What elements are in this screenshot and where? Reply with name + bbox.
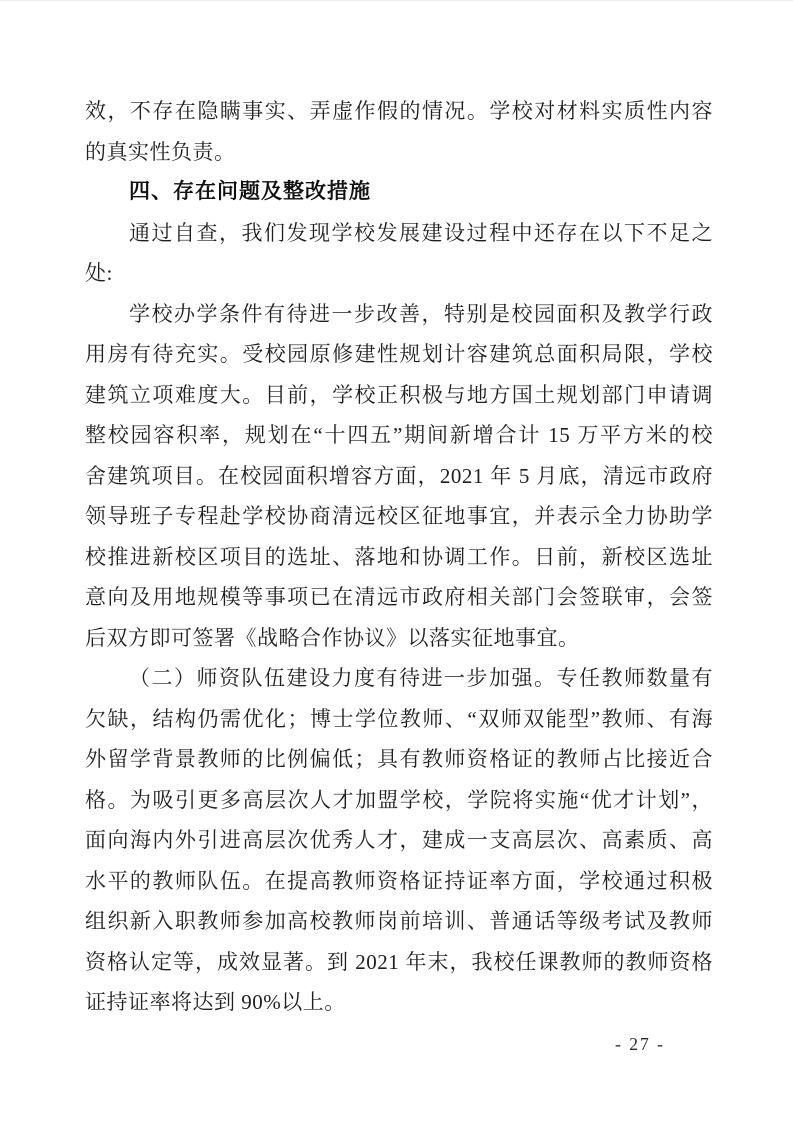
text-line: 学校办学条件有待进一步改善，特别是校园面积及教学行政 <box>85 294 713 335</box>
text-line: 资格认定等，成效显著。到 2021 年末，我校任课教师的教师资格 <box>85 942 713 983</box>
text-line: 处: <box>85 253 713 294</box>
text-line: 格。为吸引更多高层次人才加盟学校，学院将实施“优才计划”， <box>85 780 713 821</box>
text-line: 意向及用地规模等事项已在清远市政府相关部门会签联审，会签 <box>85 577 713 618</box>
text-line: 的真实性负责。 <box>85 132 713 173</box>
document-page: 效，不存在隐瞒事实、弄虚作假的情况。学校对材料实质性内容的真实性负责。四、存在问… <box>0 0 793 1123</box>
section-heading: 四、存在问题及整改措施 <box>85 172 713 213</box>
text-line: 面向海内外引进高层次优秀人才，建成一支高层次、高素质、高 <box>85 820 713 861</box>
text-line: 校推进新校区项目的选址、落地和协调工作。日前，新校区选址 <box>85 537 713 578</box>
page-number: - 27 - <box>592 1031 688 1057</box>
document-lines: 效，不存在隐瞒事实、弄虚作假的情况。学校对材料实质性内容的真实性负责。四、存在问… <box>85 91 713 1023</box>
text-line: 证持证率将达到 90%以上。 <box>85 982 713 1023</box>
text-line: 用房有待充实。受校园原修建性规划计容建筑总面积局限，学校 <box>85 334 713 375</box>
text-line: 通过自查，我们发现学校发展建设过程中还存在以下不足之 <box>85 213 713 254</box>
text-line: 外留学背景教师的比例偏低；具有教师资格证的教师占比接近合 <box>85 739 713 780</box>
text-line: 建筑立项难度大。目前，学校正积极与地方国土规划部门申请调 <box>85 375 713 416</box>
text-line: 水平的教师队伍。在提高教师资格证持证率方面，学校通过积极 <box>85 861 713 902</box>
text-line: 领导班子专程赴学校协商清远校区征地事宜，并表示全力协助学 <box>85 496 713 537</box>
text-line: 效，不存在隐瞒事实、弄虚作假的情况。学校对材料实质性内容 <box>85 91 713 132</box>
text-line: 欠缺，结构仍需优化；博士学位教师、“双师双能型”教师、有海 <box>85 699 713 740</box>
text-line: （二）师资队伍建设力度有待进一步加强。专任教师数量有 <box>85 658 713 699</box>
text-line: 舍建筑项目。在校园面积增容方面，2021 年 5 月底，清远市政府 <box>85 456 713 497</box>
text-line: 组织新入职教师参加高校教师岗前培训、普通话等级考试及教师 <box>85 901 713 942</box>
text-line: 后双方即可签署《战略合作协议》以落实征地事宜。 <box>85 618 713 659</box>
text-line: 整校园容积率，规划在“十四五”期间新增合计 15 万平方米的校 <box>85 415 713 456</box>
